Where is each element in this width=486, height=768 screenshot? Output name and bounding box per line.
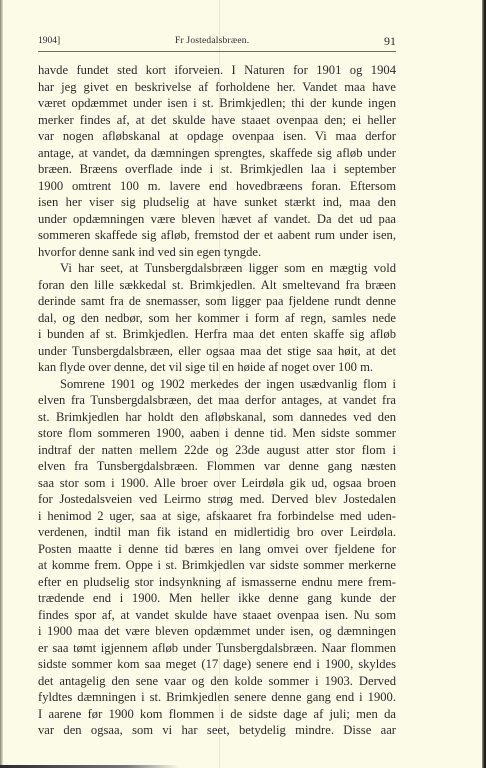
text-line: I aarene før 1900 kom flommen i de sidst… [38,706,396,723]
text-line: elven fra Tunsbergdalsbræen, det maa der… [38,392,396,409]
text-line: været opdæmmet under isen i st. Brimkjed… [38,95,396,112]
text-line: havde fundet sted kort iforveien. I Natu… [38,62,396,79]
text-line: bræen. Bræens overflade inde i st. Brimk… [38,161,396,178]
text-line: antage, at vandet, da dæmningen sprengte… [38,145,396,162]
text-line: i bunden af st. Brimkjedlen. Herfra maa … [38,326,396,343]
text-line: var nogen afløbskanal at opdage ovenpaa … [38,128,396,145]
text-line: derinde samt fra de snemasser, som ligge… [38,293,396,310]
text-line: var den ogsaa, som vi har seet, betydeli… [38,722,396,739]
text-line: findes spor af, at vandet skulde have st… [38,607,396,624]
text-line: kan flyde over denne, det vil sige til e… [38,359,396,376]
text-line: under opdæmningen være bleven hævet af v… [38,211,396,228]
text-line: verdenen, indtil man fik istand en midle… [38,524,396,541]
text-line: st. Brimkjedlen har holdt den afløbskana… [38,409,396,426]
page-right-edge [482,0,486,768]
page-left-edge [0,0,3,768]
text-line: merker findes af, at det skulde have sta… [38,112,396,129]
text-line: isen her viser sig pludselig at have sun… [38,194,396,211]
text-line: elven fra Tunsbergdalsbræen. Flommen var… [38,458,396,475]
page-number: 91 [384,34,396,49]
text-line: sommeren skaffede sig afløb, fremstod de… [38,227,396,244]
text-line: efter en pludselig stor indsynkning af i… [38,574,396,591]
text-line: foran den lille sækkedal st. Brimkjedlen… [38,277,396,294]
text-line: trædende end i 1900. Men heller ikke den… [38,590,396,607]
text-line: for Jostedalsveien ved Leirmo strøg med.… [38,491,396,508]
body-text: havde fundet sted kort iforveien. I Natu… [38,62,396,739]
text-line: Posten maatte i denne tid bæres en lang … [38,541,396,558]
header-rule [38,51,396,52]
running-header: 1904] Fr Jostedalsbræen. 91 [38,34,396,50]
text-line: fyldtes dæmningen i st. Brimkjedlen sene… [38,689,396,706]
book-page: 1904] Fr Jostedalsbræen. 91 havde fundet… [0,0,486,768]
text-line: saa stor som i 1900. Alle broer over Lei… [38,475,396,492]
header-title: Fr Jostedalsbræen. [175,36,249,46]
text-line: at komme frem. Oppe i st. Brimkjedlen va… [38,557,396,574]
text-line: under Tunsbergdalsbræen, eller ogsaa maa… [38,343,396,360]
text-line: store flom sommeren 1900, aaben i denne … [38,425,396,442]
text-line: det antagelig den sene vaar og den kolde… [38,673,396,690]
text-line: dal, og den nedbør, som her kommer i for… [38,310,396,327]
header-year: 1904] [38,36,60,46]
text-line: har jeg givet en beskrivelse af forholde… [38,79,396,96]
text-line: er saa tømt igjennem afløb under Tunsber… [38,640,396,657]
text-line: Somrene 1901 og 1902 merkedes der ingen … [38,376,396,393]
text-line: 1900 omtrent 100 m. lavere end hovedbræe… [38,178,396,195]
text-line: indtraf der natten mellem 22de og 23de a… [38,442,396,459]
text-line: Vi har seet, at Tunsbergdalsbræen ligger… [38,260,396,277]
text-line: sidste sommer kom saa meget (17 dage) se… [38,656,396,673]
text-line: i 1900 maa det være bleven opdæmmet unde… [38,623,396,640]
text-line: i henimod 2 uger, saa at sige, afskaaret… [38,508,396,525]
text-line: hvorfor denne sank ind ved sin egen tyng… [38,244,396,261]
